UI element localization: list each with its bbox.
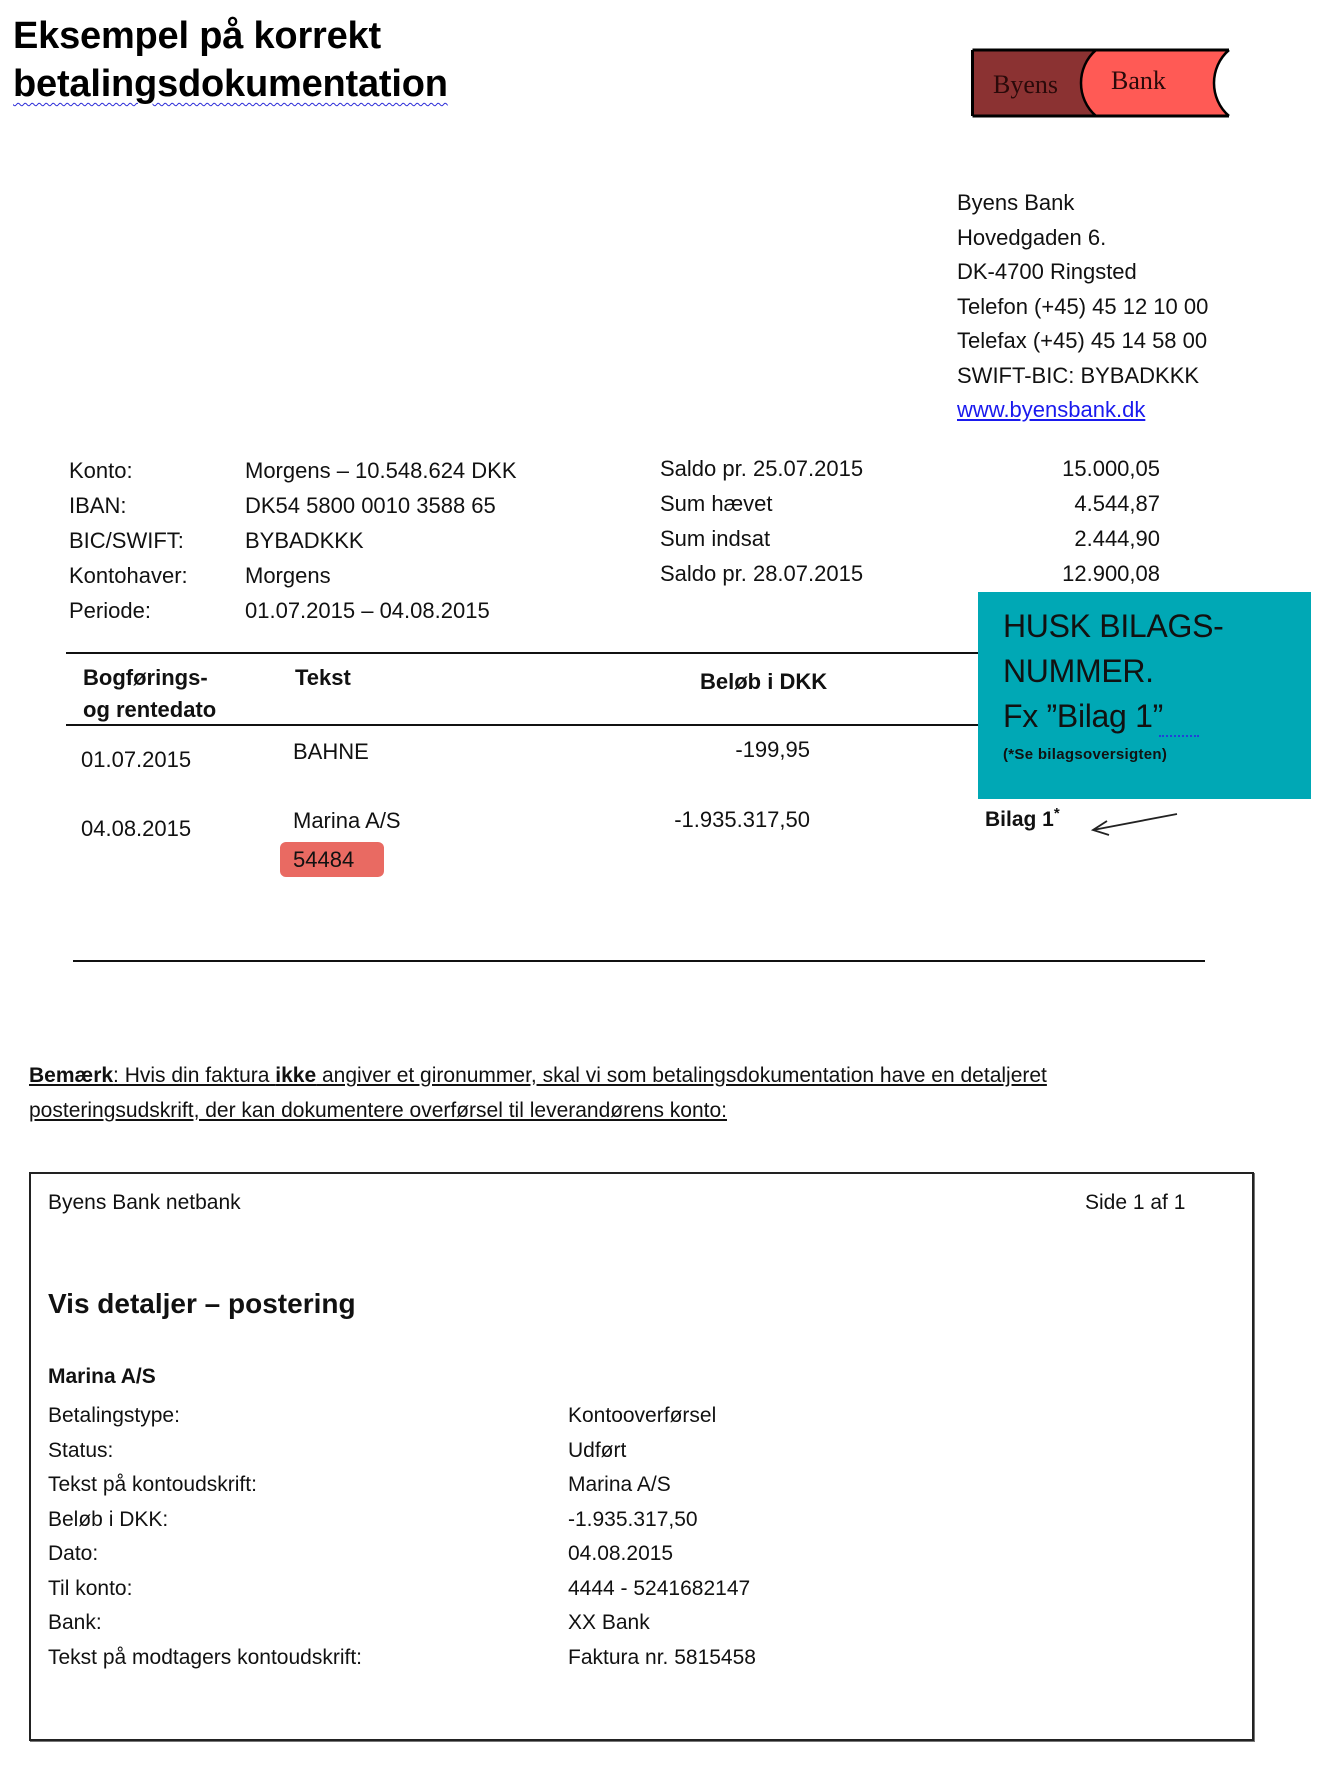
bilag-asterisk: *: [1054, 805, 1060, 822]
address-line: DK-4700 Ringsted: [957, 255, 1208, 290]
address-line: Telefax (+45) 45 14 58 00: [957, 324, 1208, 359]
remark-lead: Bemærk: [29, 1064, 113, 1087]
account-label: Kontohaver:: [69, 558, 188, 593]
address-line: Telefon (+45) 45 12 10 00: [957, 290, 1208, 325]
account-value: DK54 5800 0010 3588 65: [245, 488, 517, 523]
account-value: 01.07.2015 – 04.08.2015: [245, 593, 517, 628]
logo-word-bank: Bank: [1111, 66, 1166, 95]
table-header-rule: [66, 724, 986, 726]
detail-labels: Betalingstype: Status: Tekst på kontouds…: [48, 1399, 362, 1675]
balance-value: 15.000,05: [960, 451, 1160, 486]
page-counter: Side 1 af 1: [1085, 1191, 1185, 1215]
detail-value: XX Bank: [568, 1606, 756, 1641]
remark-emphasis: ikke: [275, 1064, 316, 1087]
detail-label: Bank:: [48, 1606, 362, 1641]
balance-values: 15.000,05 4.544,87 2.444,90 12.900,08: [960, 451, 1160, 591]
detail-value: Kontooverførsel: [568, 1399, 756, 1434]
account-label: IBAN:: [69, 488, 188, 523]
detail-label: Beløb i DKK:: [48, 1503, 362, 1538]
column-header-date-line-1: Bogførings-: [83, 662, 216, 694]
column-header-date: Bogførings- og rentedato: [83, 662, 216, 726]
bilag-text: Bilag 1: [985, 808, 1054, 831]
account-labels: Konto: IBAN: BIC/SWIFT: Kontohaver: Peri…: [69, 453, 188, 628]
website-link[interactable]: www.byensbank.dk: [957, 393, 1208, 428]
account-label: Konto:: [69, 453, 188, 488]
logo-word-byens: Byens: [993, 70, 1058, 99]
bank-logo: Byens Bank: [971, 47, 1231, 122]
callout-line-3: Fx ”Bilag 1”: [1003, 694, 1311, 739]
column-header-text: Tekst: [295, 662, 351, 694]
account-value: Morgens – 10.548.624 DKK: [245, 453, 517, 488]
arrow-left-icon: [1085, 808, 1185, 838]
balance-label: Saldo pr. 28.07.2015: [660, 556, 863, 591]
detail-value: 4444 - 5241682147: [568, 1572, 756, 1607]
account-label: Periode:: [69, 593, 188, 628]
account-value: BYBADKKK: [245, 523, 517, 558]
detail-value: -1.935.317,50: [568, 1503, 756, 1538]
bank-address: Byens Bank Hovedgaden 6. DK-4700 Ringste…: [957, 186, 1208, 428]
account-values: Morgens – 10.548.624 DKK DK54 5800 0010 …: [245, 453, 517, 628]
address-line: Byens Bank: [957, 186, 1208, 221]
balance-value: 12.900,08: [960, 556, 1160, 591]
balance-value: 4.544,87: [960, 486, 1160, 521]
callout-line-1: HUSK BILAGS-: [1003, 604, 1311, 649]
row-2-amount: -1.935.317,50: [600, 806, 810, 834]
table-bottom-rule: [73, 960, 1205, 962]
detail-title: Vis detaljer – postering: [48, 1288, 356, 1320]
reminder-callout: HUSK BILAGS- NUMMER. Fx ”Bilag 1” (*Se b…: [978, 592, 1311, 799]
row-2-text: Marina A/S: [293, 807, 401, 835]
detail-value: Udført: [568, 1434, 756, 1469]
detail-value: Marina A/S: [568, 1468, 756, 1503]
balance-value: 2.444,90: [960, 521, 1160, 556]
account-label: BIC/SWIFT:: [69, 523, 188, 558]
callout-note: (*Se bilagsoversigten): [1003, 746, 1311, 763]
page-title-line-2: betalingsdokumentation: [13, 60, 448, 108]
row-1-amount: -199,95: [600, 736, 810, 764]
account-value: Morgens: [245, 558, 517, 593]
detail-values: Kontooverførsel Udført Marina A/S -1.935…: [568, 1399, 756, 1675]
page-title: Eksempel på korrekt betalingsdokumentati…: [13, 12, 448, 108]
detail-label: Dato:: [48, 1537, 362, 1572]
remark-paragraph: Bemærk: Hvis din faktura ikke angiver et…: [29, 1058, 1209, 1128]
row-1-text: BAHNE: [293, 738, 369, 766]
spellcheck-squiggle: [1159, 731, 1199, 737]
column-header-date-line-2: og rentedato: [83, 694, 216, 726]
callout-line-3-text: Fx ”Bilag 1”: [1003, 698, 1163, 734]
balance-labels: Saldo pr. 25.07.2015 Sum hævet Sum indsa…: [660, 451, 863, 591]
reference-highlight: 54484: [280, 842, 384, 877]
address-line: SWIFT-BIC: BYBADKKK: [957, 359, 1208, 394]
balance-label: Sum indsat: [660, 521, 863, 556]
payee-name: Marina A/S: [48, 1365, 156, 1389]
row-2-date: 04.08.2015: [81, 815, 191, 843]
remark-text-1: : Hvis din faktura: [113, 1064, 275, 1087]
balance-label: Saldo pr. 25.07.2015: [660, 451, 863, 486]
table-top-rule: [66, 652, 986, 654]
detail-label: Status:: [48, 1434, 362, 1469]
detail-label: Til konto:: [48, 1572, 362, 1607]
page-title-line-1: Eksempel på korrekt: [13, 12, 448, 60]
callout-line-2: NUMMER.: [1003, 649, 1311, 694]
detail-label: Betalingstype:: [48, 1399, 362, 1434]
bilag-label: Bilag 1*: [985, 805, 1060, 832]
row-1-date: 01.07.2015: [81, 746, 191, 774]
address-line: Hovedgaden 6.: [957, 221, 1208, 256]
detail-label: Tekst på kontoudskrift:: [48, 1468, 362, 1503]
balance-label: Sum hævet: [660, 486, 863, 521]
netbank-header: Byens Bank netbank: [48, 1191, 241, 1215]
detail-label: Tekst på modtagers kontoudskrift:: [48, 1641, 362, 1676]
detail-value: 04.08.2015: [568, 1537, 756, 1572]
column-header-amount: Beløb i DKK: [700, 666, 827, 698]
detail-value: Faktura nr. 5815458: [568, 1641, 756, 1676]
